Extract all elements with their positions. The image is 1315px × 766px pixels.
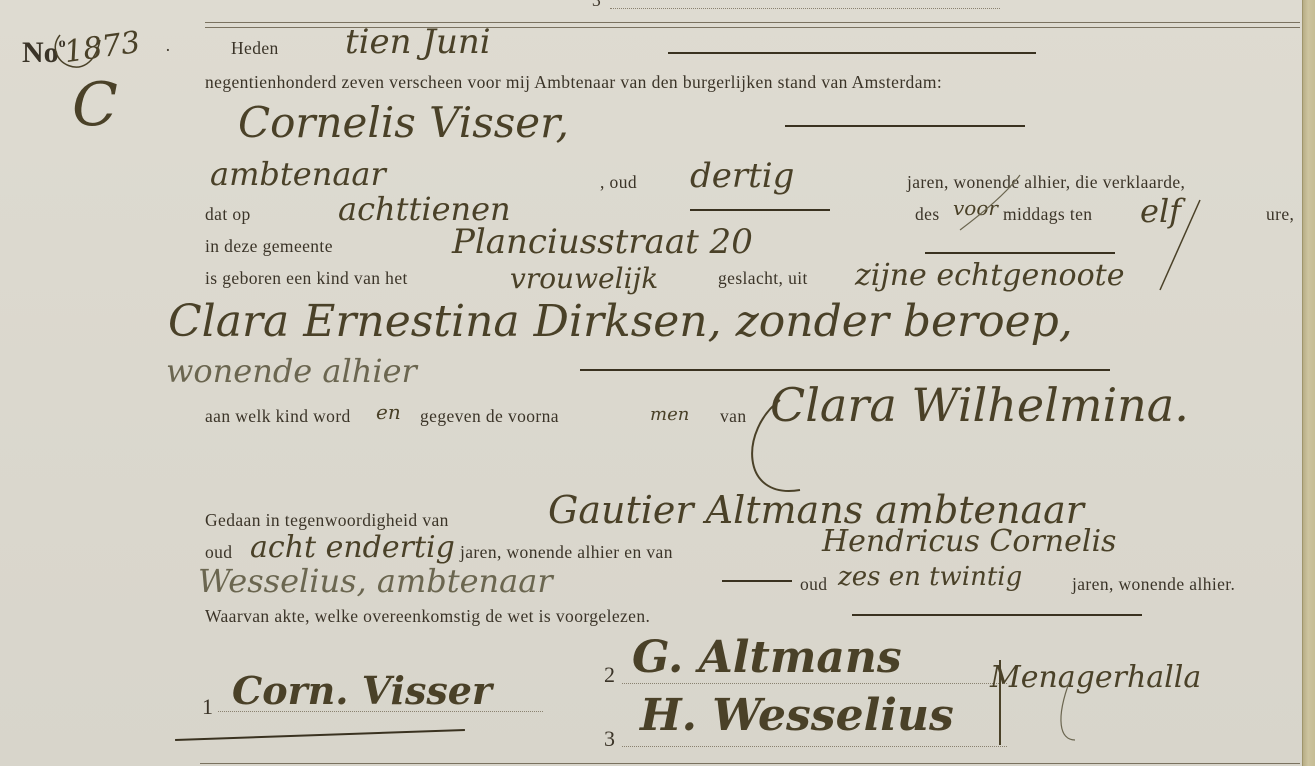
signature-2: G. Altmans [632,632,902,683]
text-gegeven-de-voorna: gegeven de voorna [420,406,559,427]
hand-men: men [650,404,689,425]
text-in-deze-gemeente: in deze gemeente [205,236,333,257]
text-aan-welk-kind: aan welk kind word [205,406,351,427]
hand-spouse: zijne echtgenoote [855,258,1124,293]
hand-en: en [376,400,401,424]
rule-l14 [852,614,1142,616]
text-dat-op: dat op [205,204,251,225]
hand-witness2: Hendricus Cornelis [822,524,1116,559]
sig2-dotted [622,683,1007,684]
record-number-label: Noo [22,36,66,70]
text-is-geboren: is geboren een kind van het [205,268,408,289]
text-des: des [915,204,940,225]
hand-voor: voor [953,196,998,220]
sig2-label: 2 [604,662,615,688]
rule-l3 [785,125,1025,127]
text-waarvan-akte: Waarvan akte, welke overeenkomstig de we… [205,606,650,627]
record-number-suffix: C [72,70,118,140]
text-geslacht-uit: geslacht, uit [718,268,808,289]
record-number-value: 1873 [62,25,142,70]
rule-l13 [722,580,792,582]
hand-address: Planciusstraat 20 [452,222,753,262]
rule-l5 [690,209,830,211]
rule-l9 [580,369,1110,371]
text-gedaan: Gedaan in tegenwoordigheid van [205,510,449,531]
register-page: 3 Noo 1873 C · Heden tien Juni negentien… [0,0,1302,766]
text-middags-ten: middags ten [1003,204,1092,225]
hand-father-occupation: ambtenaar [210,155,386,193]
text-heden: Heden [231,38,279,59]
sig3-dotted [622,746,1007,747]
text-year-line: negentienhonderd zeven verscheen voor mi… [205,72,942,93]
sig1-flourish [175,729,465,741]
sig1-label: 1 [202,694,213,720]
top-dotted-line [610,8,1000,9]
hand-witness1-age: acht endertig [250,530,455,565]
hand-hour: elf [1140,192,1181,230]
rule-l1 [668,52,1036,54]
hand-mother-residence: wonende alhier [166,352,417,390]
hand-gender: vrouwelijk [510,262,658,295]
top-remnant-number: 3 [592,0,601,11]
hand-child-names: Clara Wilhelmina. [770,378,1189,432]
text-van: van [720,406,746,427]
signature-1: Corn. Visser [232,668,492,713]
hand-witness2-age: zes en twintig [838,562,1022,592]
hand-father-name: Cornelis Visser, [238,98,569,147]
page-edge [1302,0,1315,766]
text-jaren-verklaarde: jaren, wonende alhier, die verklaarde, [907,172,1185,193]
signature-3: H. Wesselius [640,690,954,741]
text-jaren-wonende-en-van: jaren, wonende alhier en van [460,542,673,563]
registrar-signature: Menagerhalla [990,660,1201,695]
text-ure: ure, [1266,204,1294,225]
sig3-label: 3 [604,726,615,752]
text-oud-2: oud [205,542,232,563]
record-number-dot: · [165,40,171,61]
hand-witness2-surname: Wesselius, ambtenaar [198,562,553,600]
hand-date: tien Juni [345,22,491,62]
text-oud: , oud [600,172,637,193]
hand-father-age: dertig [690,156,794,196]
rule-l6 [925,252,1115,254]
text-jaren-wonende-alhier: jaren, wonende alhier. [1072,574,1235,595]
text-oud-3: oud [800,574,827,595]
bottom-rule [200,763,1300,764]
hand-mother-name: Clara Ernestina Dirksen, zonder beroep, [168,296,1073,347]
